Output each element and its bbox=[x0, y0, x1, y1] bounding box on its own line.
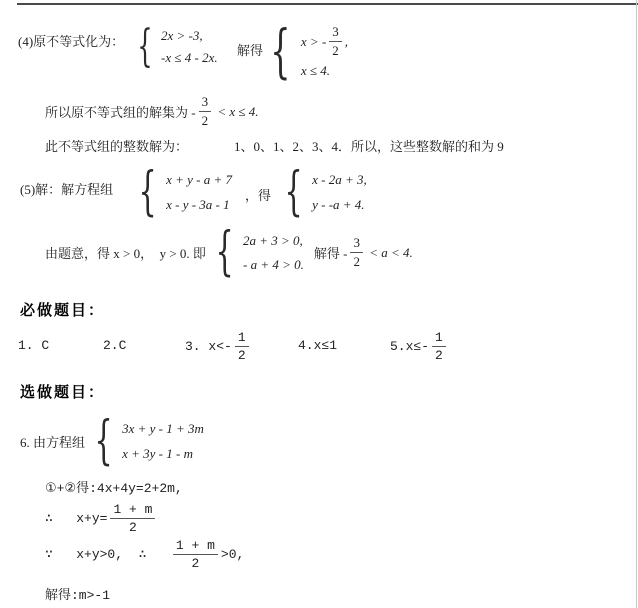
deduction-line-3-tail: >0, bbox=[221, 547, 244, 562]
then-label: ，得 bbox=[245, 185, 271, 204]
condition-text: 由题意，得 x > 0， y > 0. 即 bbox=[45, 243, 206, 262]
problem-5-system-left: { x + y - a + 7 x - y - 3a - 1 bbox=[131, 168, 232, 217]
problem-5-system-right: { x - 2a + 3, y - -a + 4. bbox=[277, 168, 367, 217]
problem-5-label: (5)解：解方程组 bbox=[20, 179, 113, 198]
fraction-denominator: 2 bbox=[191, 555, 199, 571]
condition-line: 由题意，得 x > 0， y > 0. 即 { 2a + 3 > 0, - a … bbox=[45, 228, 413, 277]
fraction-numerator: 1 bbox=[432, 330, 446, 347]
equation-row: x + 3y - 1 - m bbox=[122, 446, 204, 462]
equation-fragment: x > - bbox=[301, 34, 326, 50]
required-problems-heading: 必做题目： bbox=[20, 299, 105, 320]
deduction-line-3: ∵ x+y>0, ∴ 1 + m 2 >0, bbox=[45, 538, 244, 571]
fraction: 1 + m 2 bbox=[173, 538, 218, 571]
integer-solutions-values: 1、0、1、2、3、4．所以，这些整数解的和为 9 bbox=[234, 136, 504, 155]
fraction-numerator: 3 bbox=[350, 235, 363, 253]
fraction-numerator: 1 + m bbox=[110, 502, 155, 519]
fraction-denominator: 2 bbox=[435, 347, 443, 363]
condition-system: { 2a + 3 > 0, - a + 4 > 0. bbox=[208, 228, 304, 277]
integer-solutions-label: 此不等式组的整数解为： bbox=[45, 136, 188, 155]
deduction-line-2: ∴ x+y= 1 + m 2 bbox=[45, 502, 158, 535]
equation-row: - a + 4 > 0. bbox=[243, 257, 304, 273]
fraction-numerator: 3 bbox=[329, 24, 342, 42]
page-right-border bbox=[636, 0, 637, 608]
equation-fragment: , bbox=[345, 34, 348, 50]
brace-left-icon: { bbox=[94, 417, 112, 466]
fraction: 3 2 bbox=[199, 94, 212, 129]
solution-set-text: 所以原不等式组的解集为 - bbox=[45, 102, 196, 121]
solution-range: < a < 4. bbox=[366, 245, 413, 261]
problem-6-label: 6. 由方程组 bbox=[20, 432, 85, 451]
problem-4-system-right: { x > - 3 2 , x ≤ 4. bbox=[262, 24, 348, 79]
fraction-denominator: 2 bbox=[129, 519, 137, 535]
answer-3-text: 3. x<- bbox=[185, 339, 232, 354]
problem-4-system-left: { 2x > -3, -x ≤ 4 - 2x. bbox=[131, 26, 218, 68]
optional-problems-heading: 选做题目： bbox=[20, 381, 105, 402]
document-page: (4)原不等式化为： { 2x > -3, -x ≤ 4 - 2x. 解得 { … bbox=[0, 0, 638, 608]
integer-solutions-line: 此不等式组的整数解为： 1、0、1、2、3、4．所以，这些整数解的和为 9 bbox=[45, 136, 504, 155]
problem-6-system: { 3x + y - 1 + 3m x + 3y - 1 - m bbox=[87, 417, 204, 466]
equation-row: -x ≤ 4 - 2x. bbox=[161, 50, 218, 66]
fraction-numerator: 1 bbox=[235, 330, 249, 347]
deduction-line-3-text: ∵ x+y>0, ∴ bbox=[45, 547, 170, 562]
deduction-line-2-text: ∴ x+y= bbox=[45, 511, 107, 526]
brace-left-icon: { bbox=[215, 228, 233, 277]
fraction: 3 2 bbox=[329, 24, 342, 59]
equation-row: x - 2a + 3, bbox=[312, 172, 367, 188]
fraction: 1 2 bbox=[235, 330, 249, 363]
deduction-line-1: ①+②得:4x+4y=2+2m, bbox=[45, 477, 183, 496]
answer-5-text: 5.x≤- bbox=[390, 339, 429, 354]
equation-row: x ≤ 4. bbox=[301, 63, 348, 79]
solution-set-range: < x ≤ 4. bbox=[214, 104, 258, 120]
equation-row: y - -a + 4. bbox=[312, 197, 367, 213]
fraction: 1 2 bbox=[432, 330, 446, 363]
problem-4-label: (4)原不等式化为： bbox=[18, 31, 124, 50]
equation-row: x + y - a + 7 bbox=[166, 172, 232, 188]
brace-left-icon: { bbox=[138, 168, 156, 217]
solution-set-line: 所以原不等式组的解集为 - 3 2 < x ≤ 4. bbox=[45, 94, 259, 129]
answer-5: 5.x≤- 1 2 bbox=[390, 330, 449, 363]
fraction-denominator: 2 bbox=[202, 112, 209, 129]
brace-left-icon: { bbox=[284, 168, 302, 217]
fraction: 1 + m 2 bbox=[110, 502, 155, 535]
fraction-numerator: 1 + m bbox=[173, 538, 218, 555]
answer-1: 1. C bbox=[18, 338, 49, 353]
brace-left-icon: { bbox=[270, 24, 290, 79]
solve-label: 解得 - bbox=[314, 243, 348, 262]
solve-label: 解得 bbox=[237, 40, 263, 59]
equation-row: 2x > -3, bbox=[161, 28, 218, 44]
equation-row: 3x + y - 1 + 3m bbox=[122, 421, 204, 437]
answer-4: 4.x≤1 bbox=[298, 338, 337, 353]
fraction-numerator: 3 bbox=[199, 94, 212, 112]
fraction-denominator: 2 bbox=[353, 253, 360, 270]
page-top-border bbox=[17, 3, 638, 5]
deduction-line-4: 解得:m>-1 bbox=[45, 584, 110, 603]
equation-row: x - y - 3a - 1 bbox=[166, 197, 232, 213]
answer-2: 2.C bbox=[103, 338, 126, 353]
fraction-denominator: 2 bbox=[238, 347, 246, 363]
problem-6-line: 6. 由方程组 { 3x + y - 1 + 3m x + 3y - 1 - m bbox=[20, 417, 204, 466]
fraction: 3 2 bbox=[350, 235, 363, 270]
equation-row: 2a + 3 > 0, bbox=[243, 233, 304, 249]
brace-left-icon: { bbox=[137, 26, 152, 68]
fraction-denominator: 2 bbox=[332, 42, 339, 59]
answer-3: 3. x<- 1 2 bbox=[185, 330, 252, 363]
